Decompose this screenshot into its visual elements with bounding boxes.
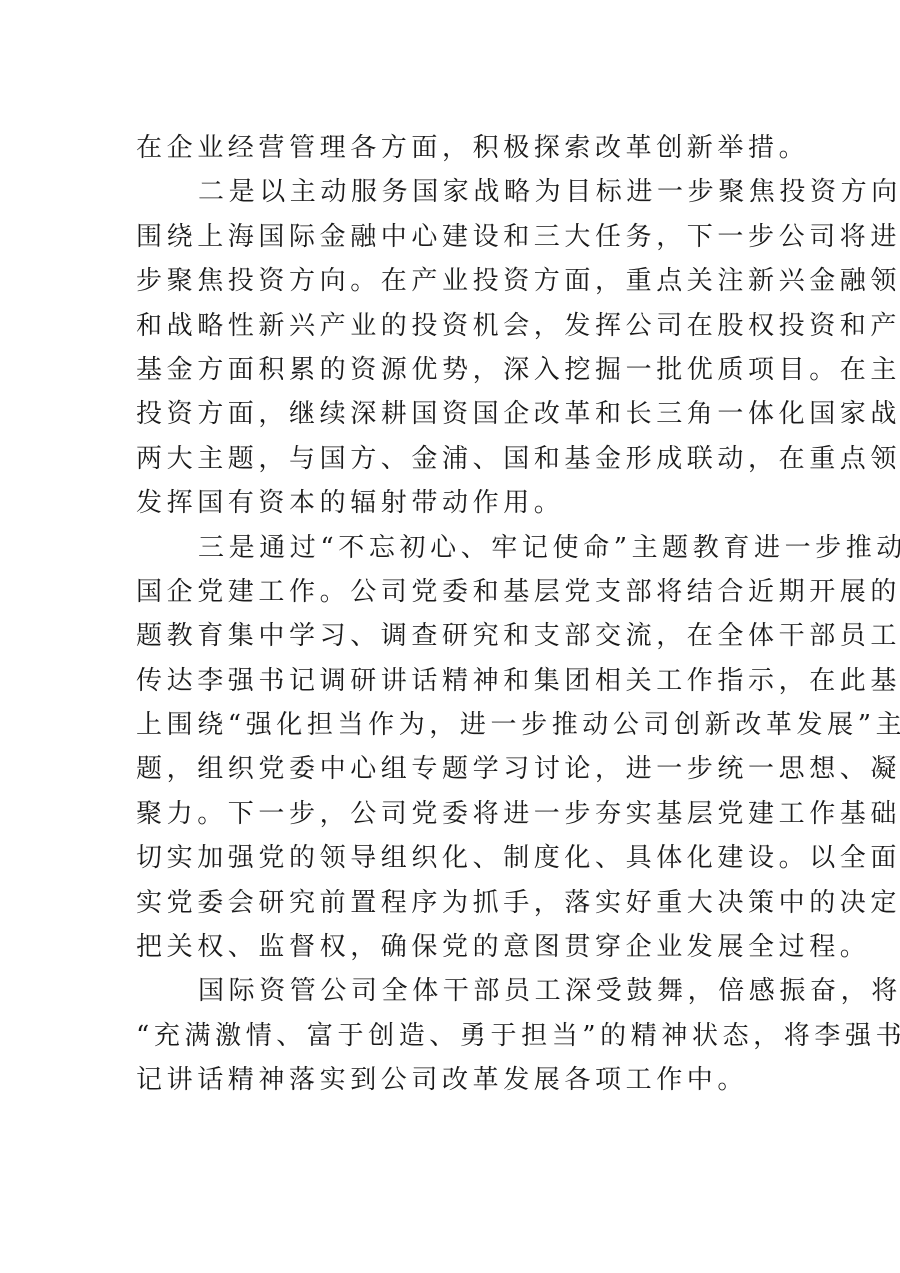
- text-line: 传达李强书记调研讲话精神和集团相关工作指示，在此基础: [136, 659, 766, 703]
- text-line: 发挥国有资本的辐射带动作用。: [136, 481, 766, 525]
- text-line: 在企业经营管理各方面，积极探索改革创新举措。: [136, 126, 766, 170]
- text-line: 题，组织党委中心组专题学习讨论，进一步统一思想、凝心: [136, 747, 766, 791]
- text-line: 基金方面积累的资源优势，深入挖掘一批优质项目。在主题: [136, 348, 766, 392]
- text-line: 记讲话精神落实到公司改革发展各项工作中。: [136, 1058, 766, 1102]
- text-line: 三是通过“不忘初心、牢记使命”主题教育进一步推动: [136, 526, 766, 570]
- text-line: 切实加强党的领导组织化、制度化、具体化建设。以全面落: [136, 836, 766, 880]
- text-line: 步聚焦投资方向。在产业投资方面，重点关注新兴金融领域: [136, 259, 766, 303]
- paragraph-investment-direction: 二是以主动服务国家战略为目标进一步聚焦投资方向。 围绕上海国际金融中心建设和三大…: [136, 170, 766, 525]
- text-line: 国企党建工作。公司党委和基层党支部将结合近期开展的主: [136, 570, 766, 614]
- paragraph-party-building: 三是通过“不忘初心、牢记使命”主题教育进一步推动 国企党建工作。公司党委和基层党…: [136, 526, 766, 970]
- paragraph-conclusion: 国际资管公司全体干部员工深受鼓舞，倍感振奋，将以 “充满激情、富于创造、勇于担当…: [136, 969, 766, 1102]
- text-line: 题教育集中学习、调查研究和支部交流，在全体干部员工中: [136, 614, 766, 658]
- text-line: 二是以主动服务国家战略为目标进一步聚焦投资方向。: [136, 170, 766, 214]
- text-line: 聚力。下一步，公司党委将进一步夯实基层党建工作基础，: [136, 792, 766, 836]
- text-line: 两大主题，与国方、金浦、国和基金形成联动，在重点领域: [136, 437, 766, 481]
- text-line: 上围绕“强化担当作为，进一步推动公司创新改革发展”主: [136, 703, 766, 747]
- text-line: 国际资管公司全体干部员工深受鼓舞，倍感振奋，将以: [136, 969, 766, 1013]
- paragraph-continued: 在企业经营管理各方面，积极探索改革创新举措。: [136, 126, 766, 170]
- text-line: 围绕上海国际金融中心建设和三大任务，下一步公司将进一: [136, 215, 766, 259]
- text-line: 把关权、监督权，确保党的意图贯穿企业发展全过程。: [136, 925, 766, 969]
- text-line: “充满激情、富于创造、勇于担当”的精神状态，将李强书: [136, 1014, 766, 1058]
- document-page: 在企业经营管理各方面，积极探索改革创新举措。 二是以主动服务国家战略为目标进一步…: [136, 126, 766, 1103]
- text-line: 实党委会研究前置程序为抓手，落实好重大决策中的决定权、: [136, 881, 766, 925]
- text-line: 和战略性新兴产业的投资机会，发挥公司在股权投资和产业: [136, 304, 766, 348]
- text-line: 投资方面，继续深耕国资国企改革和长三角一体化国家战略: [136, 392, 766, 436]
